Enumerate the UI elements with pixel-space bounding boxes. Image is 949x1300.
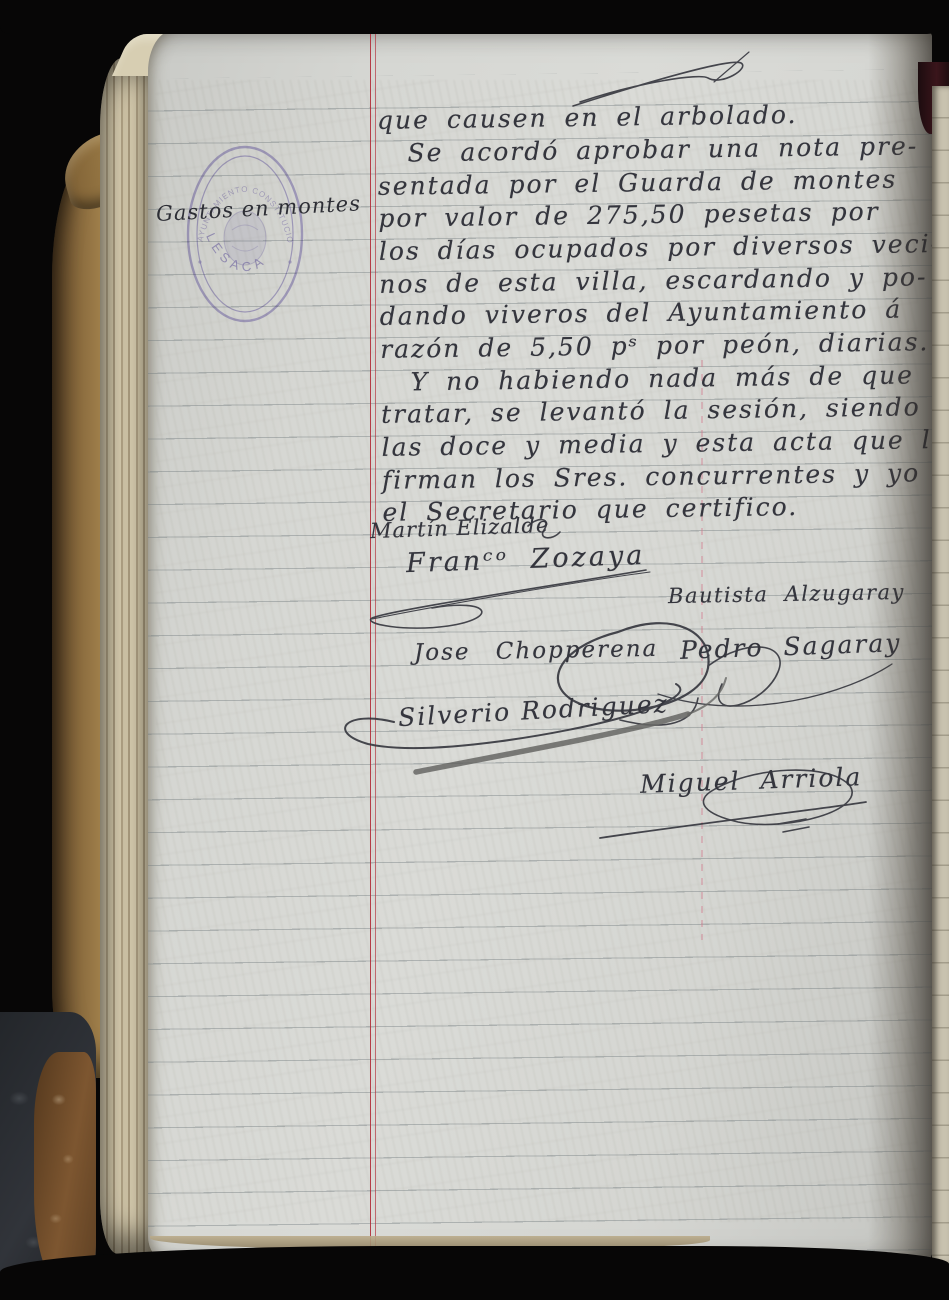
manuscript-line: dando viveros del Ayuntamiento á	[380, 295, 903, 331]
manuscript-line: las doce y media y esta acta que la	[381, 425, 932, 462]
manuscript-line: razón de 5,50 pˢ por peón, diarias.	[380, 327, 930, 364]
opposite-page-sliver	[932, 86, 949, 1264]
photo-of-ledger-page: AYUNTAMIENTO CONSTITUCIONAL LESACA Gasto…	[0, 0, 949, 1300]
manuscript-line: por valor de 275,50 pesetas por	[378, 197, 880, 233]
manuscript-line: Y no habiendo nada más de que	[410, 360, 914, 396]
background-bottom	[0, 1246, 949, 1300]
manuscript-line: sentada por el Guarda de montes	[378, 165, 898, 201]
manuscript-line: firman los Sres. concurrentes y yo	[382, 458, 921, 495]
background-top	[0, 0, 949, 34]
stamp-dot	[288, 260, 291, 263]
manuscript-line: los días ocupados por diversos veci-	[379, 229, 932, 266]
manuscript-line: Se acordó aprobar una nota pre-	[407, 131, 918, 167]
manuscript-page: AYUNTAMIENTO CONSTITUCIONAL LESACA Gasto…	[148, 30, 932, 1262]
manuscript-line: que causen en el arbolado.	[377, 100, 798, 135]
municipal-oval-stamp: AYUNTAMIENTO CONSTITUCIONAL LESACA	[182, 138, 308, 330]
red-margin-line	[370, 30, 376, 1262]
signature-jose-chopperena: Jose Chopperena	[414, 636, 659, 666]
manuscript-line: nos de esta villa, escardando y po-	[379, 262, 928, 299]
stamp-dot	[198, 260, 201, 263]
manuscript-line: tratar, se levantó la sesión, siendo	[381, 392, 921, 429]
page-edge-stack	[100, 58, 152, 1254]
manuscript-body: que causen en el arbolado. Se acordó apr…	[377, 98, 932, 566]
book-cover-worn-spot	[34, 1052, 96, 1290]
gutter-shadow	[868, 30, 932, 1262]
